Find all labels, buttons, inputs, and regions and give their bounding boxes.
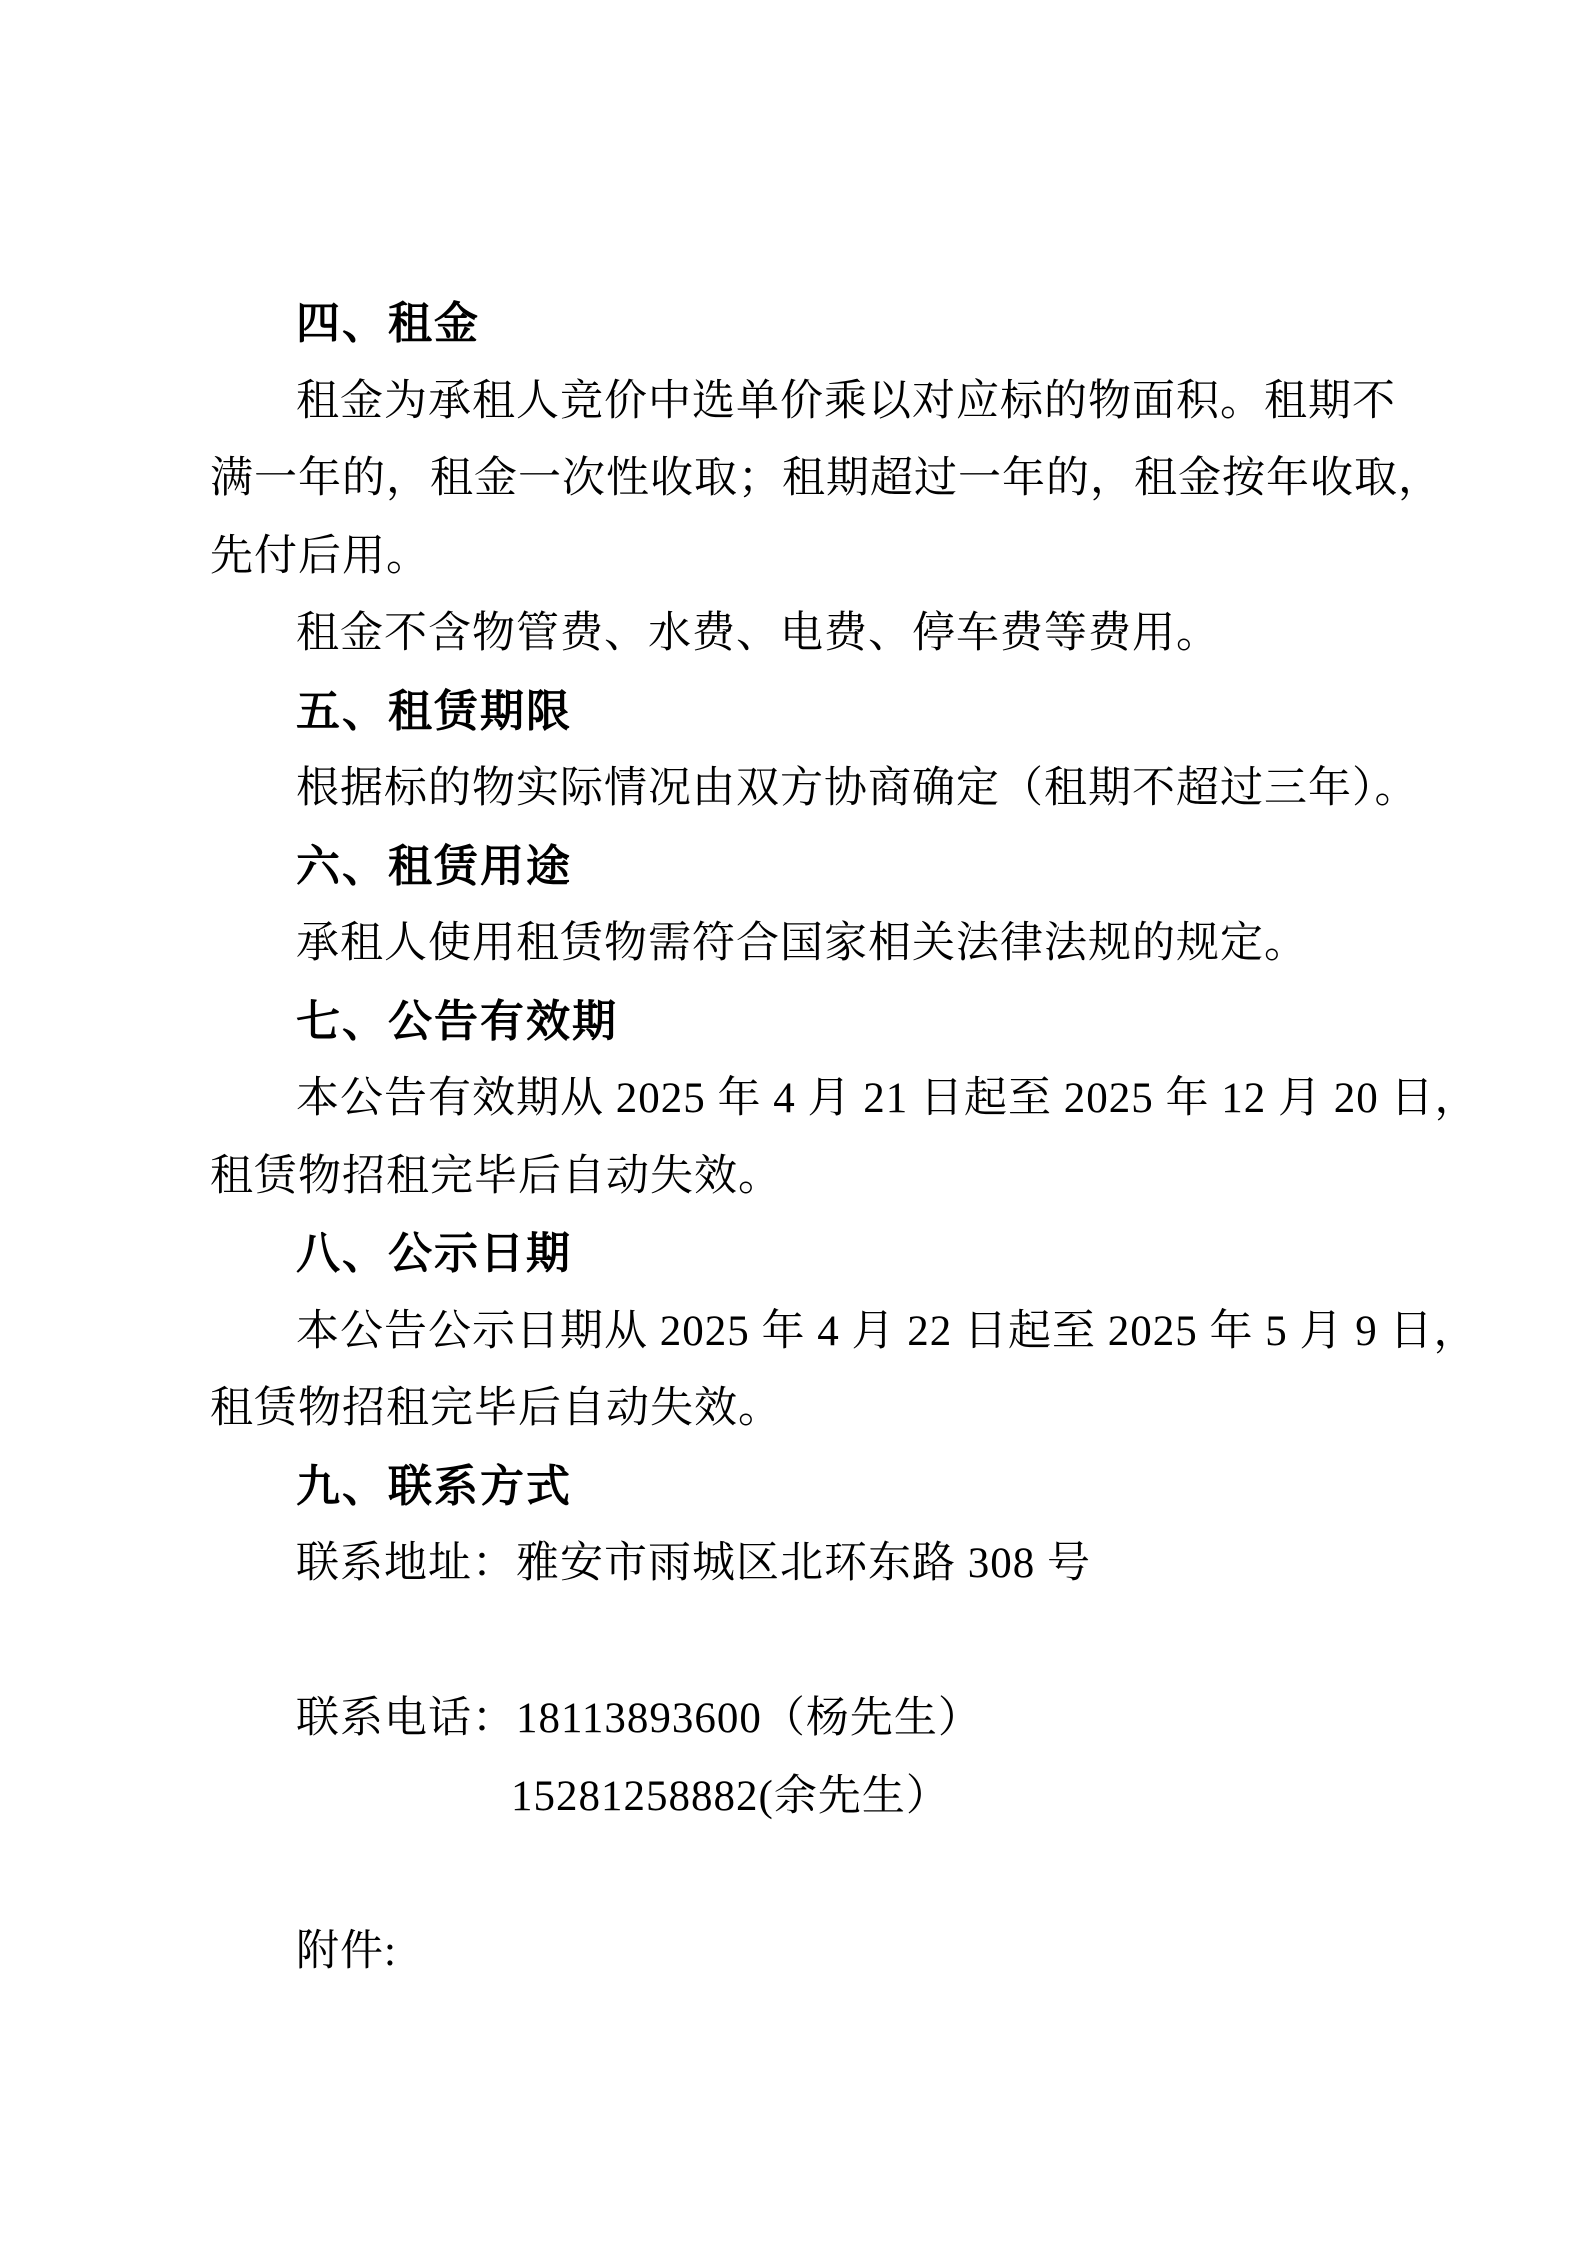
validity-period-line-1: 本公告有效期从 2025 年 4 月 21 日起至 2025 年 12 月 20… bbox=[210, 1060, 1410, 1138]
contact-phone-line-1: 联系电话：18113893600（杨先生） bbox=[210, 1680, 1410, 1758]
section-heading-lease-use: 六、租赁用途 bbox=[210, 828, 1410, 906]
section-heading-lease-term: 五、租赁期限 bbox=[210, 673, 1410, 751]
section-heading-publicity-date: 八、公示日期 bbox=[210, 1215, 1410, 1293]
document-page: 四、租金 租金为承租人竞价中选单价乘以对应标的物面积。租期不 满一年的，租金一次… bbox=[0, 0, 1587, 2245]
publicity-date-line-2: 租赁物招租完毕后自动失效。 bbox=[210, 1370, 1410, 1448]
blank-line bbox=[210, 1603, 1410, 1681]
document-content: 四、租金 租金为承租人竞价中选单价乘以对应标的物面积。租期不 满一年的，租金一次… bbox=[210, 285, 1410, 1990]
validity-period-line-2: 租赁物招租完毕后自动失效。 bbox=[210, 1138, 1410, 1216]
section-heading-rent: 四、租金 bbox=[210, 285, 1410, 363]
lease-use-line: 承租人使用租赁物需符合国家相关法律法规的规定。 bbox=[210, 905, 1410, 983]
rent-paragraph-line-2: 满一年的，租金一次性收取；租期超过一年的，租金按年收取， bbox=[210, 440, 1410, 518]
rent-paragraph-line-1: 租金为承租人竞价中选单价乘以对应标的物面积。租期不 bbox=[210, 363, 1410, 441]
attachment-label: 附件: bbox=[210, 1913, 1410, 1991]
contact-address-line: 联系地址：雅安市雨城区北环东路 308 号 bbox=[210, 1525, 1410, 1603]
section-heading-validity-period: 七、公告有效期 bbox=[210, 983, 1410, 1061]
lease-term-line: 根据标的物实际情况由双方协商确定（租期不超过三年）。 bbox=[210, 750, 1410, 828]
publicity-date-line-1: 本公告公示日期从 2025 年 4 月 22 日起至 2025 年 5 月 9 … bbox=[210, 1293, 1410, 1371]
rent-paragraph-line-3: 先付后用。 bbox=[210, 518, 1410, 596]
blank-line bbox=[210, 1835, 1410, 1913]
section-heading-contact: 九、联系方式 bbox=[210, 1448, 1410, 1526]
contact-phone-line-2: 15281258882(余先生） bbox=[210, 1758, 1410, 1836]
rent-fees-note-line: 租金不含物管费、水费、电费、停车费等费用。 bbox=[210, 595, 1410, 673]
